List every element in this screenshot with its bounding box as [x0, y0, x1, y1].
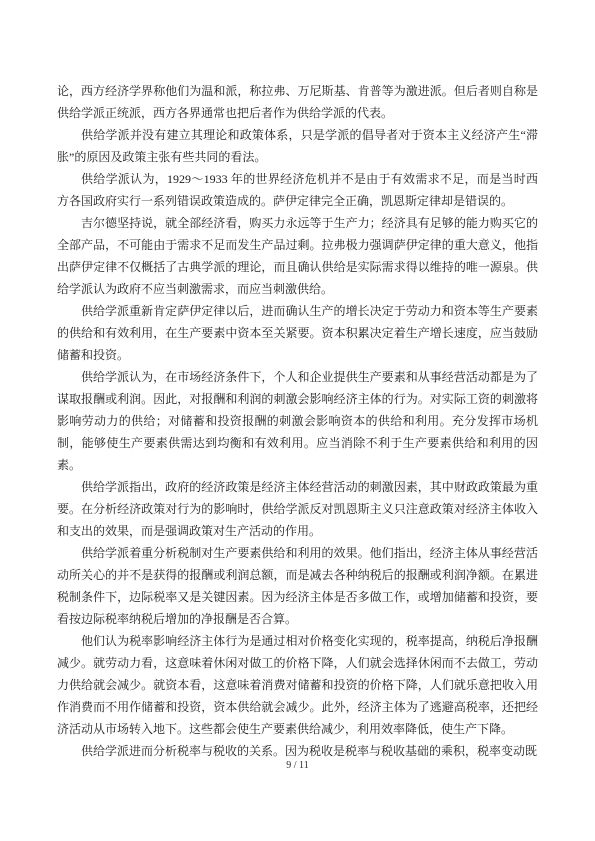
paragraph: 供给学派认为，1929～1933 年的世界经济危机并不是由于有效需求不足，而是当… [57, 168, 538, 212]
paragraph: 供给学派进而分析税率与税收的关系。因为税收是税率与税收基础的乘积，税率变动既 [57, 740, 538, 762]
paragraph: 他们认为税率影响经济主体行为是通过相对价格变化实现的，税率提高，纳税后净报酬减少… [57, 630, 538, 740]
paragraph: 供给学派着重分析税制对生产要素供给和利用的效果。他们指出，经济主体从事经营活动所… [57, 542, 538, 630]
paragraph: 供给学派认为，在市场经济条件下，个人和企业提供生产要素和从事经营活动都是为了谋取… [57, 366, 538, 476]
paragraph: 论，西方经济学界称他们为温和派，称拉弗、万尼斯基、肯普等为激进派。但后者则自称是… [57, 80, 538, 124]
paragraph: 供给学派重新肯定萨伊定律以后，进而确认生产的增长决定于劳动力和资本等生产要素的供… [57, 300, 538, 366]
page-number: 9 / 11 [0, 760, 595, 771]
paragraph: 供给学派指出，政府的经济政策是经济主体经营活动的刺激因素，其中财政政策最为重要。… [57, 476, 538, 542]
document-page: 论，西方经济学界称他们为温和派，称拉弗、万尼斯基、肯普等为激进派。但后者则自称是… [0, 0, 595, 841]
paragraph: 吉尔德坚持说，就全部经济看，购买力永远等于生产力；经济具有足够的能力购买它的全部… [57, 212, 538, 300]
paragraph: 供给学派并没有建立其理论和政策体系，只是学派的倡导者对于资本主义经济产生“滞胀”… [57, 124, 538, 168]
text-content: 论，西方经济学界称他们为温和派，称拉弗、万尼斯基、肯普等为激进派。但后者则自称是… [57, 80, 538, 762]
